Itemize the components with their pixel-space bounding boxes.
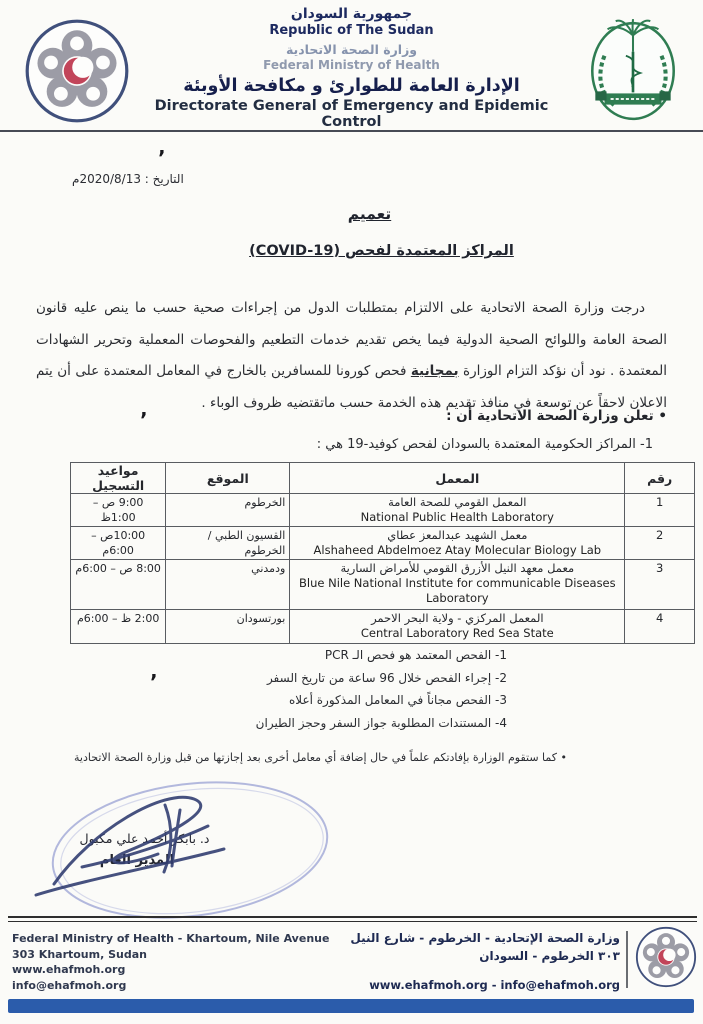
registration-times: 10:00ص – 6:00م [71, 527, 166, 560]
document-subtitle: المراكز المعتمدة لفحص (COVID-19) [0, 243, 703, 259]
lab-name-en: National Public Health Laboratory [294, 510, 620, 525]
col-header-lab: المعمل [290, 463, 625, 494]
registration-times: 8:00 ص – 6:00م [71, 560, 166, 610]
lab-location: ودمدني [166, 560, 290, 610]
footer-en-line: 303 Khartoum, Sudan [12, 947, 329, 963]
lab-name-en: Central Laboratory Red Sea State [294, 626, 620, 641]
bullet-icon: • [658, 408, 667, 424]
lab-name-en: Blue Nile National Institute for communi… [294, 576, 620, 606]
lab-cell: معمل الشهيد عبدالمعز عطاي Alshaheed Abde… [290, 527, 625, 560]
footer-website-link[interactable]: www.ehafmoh.org [12, 962, 329, 978]
directorate-name-en: Directorate General of Emergency and Epi… [125, 98, 578, 130]
list-item: 2- إجراء الفحص خلال 96 ساعة من تاريخ الس… [256, 667, 507, 690]
table-row: 3 معمل معهد النيل الأزرق القومي للأمراض … [71, 560, 695, 610]
scan-artifact-mark: ’ [158, 148, 166, 168]
col-header-times: مواعيد التسجيل [71, 463, 166, 494]
centers-list-intro: 1- المراكز الحكومية المعتمدة بالسودان لف… [317, 437, 653, 452]
ministry-name-ar: وزارة الصحة الاتحادية [125, 42, 578, 57]
table-header-row: رقم المعمل الموقع مواعيد التسجيل [71, 463, 695, 494]
footer-contact-links[interactable]: www.ehafmoh.org - info@ehafmoh.org [350, 978, 620, 992]
document-title: تعميم [0, 205, 703, 223]
red-crescent-logo [24, 18, 130, 124]
lab-name-ar: المعمل القومي للصحة العامة [294, 495, 620, 510]
row-number: 4 [625, 610, 695, 644]
footer-ar-line: ٣٠٣ الخرطوم - السودان [350, 947, 620, 965]
footer-ar-line: وزارة الصحة الإتحادية - الخرطوم - شارع ا… [350, 929, 620, 947]
footer-divider [8, 916, 697, 922]
directorate-name-ar: الإدارة العامة للطوارئ و مكافحة الأوبئة [125, 76, 578, 96]
row-number: 2 [625, 527, 695, 560]
footer-accent-bar [8, 999, 694, 1013]
conditions-list: 1- الفحص المعتمد هو فحص الـ PCR 2- إجراء… [256, 644, 507, 734]
signatory-name: د. بابكر أحمد علي مكبول [52, 831, 237, 846]
country-name-en: Republic of The Sudan [125, 23, 578, 38]
signature-and-stamp [22, 772, 362, 924]
announcement-text: تعلن وزارة الصحة الاتحادية أن : [446, 408, 654, 424]
announcement-line: • تعلن وزارة الصحة الاتحادية أن : [446, 408, 667, 424]
ministry-emblem-logo [582, 13, 684, 127]
footer-en-line: Federal Ministry of Health - Khartoum, N… [12, 931, 329, 947]
lab-name-ar: المعمل المركزي - ولاية البحر الاحمر [294, 611, 620, 626]
footer-address-en: Federal Ministry of Health - Khartoum, N… [12, 931, 329, 993]
list-item: 4- المستندات المطلوبة جواز السفر وحجز ال… [256, 712, 507, 735]
row-number: 3 [625, 560, 695, 610]
lab-cell: المعمل القومي للصحة العامة National Publ… [290, 494, 625, 527]
bullet-icon: • [561, 751, 568, 764]
table-row: 2 معمل الشهيد عبدالمعز عطاي Alshaheed Ab… [71, 527, 695, 560]
body-paragraph: درجت وزارة الصحة الاتحادية على الالتزام … [36, 293, 667, 419]
table-row: 4 المعمل المركزي - ولاية البحر الاحمر Ce… [71, 610, 695, 644]
col-header-location: الموقع [166, 463, 290, 494]
registration-times: 2:00 ظ – 6:00م [71, 610, 166, 644]
lab-name-ar: معمل معهد النيل الأزرق القومي للأمراض ال… [294, 561, 620, 576]
closing-note-text: كما ستقوم الوزارة بإفادتكم علماً في حال … [74, 751, 557, 764]
ministry-name-en: Federal Ministry of Health [125, 58, 578, 72]
lab-name-en: Alshaheed Abdelmoez Atay Molecular Biolo… [294, 543, 620, 558]
header-divider [0, 130, 703, 132]
lab-name-ar: معمل الشهيد عبدالمعز عطاي [294, 528, 620, 543]
list-item: 3- الفحص مجاناً في المعامل المذكورة أعلا… [256, 689, 507, 712]
scan-artifact-mark: ’ [150, 672, 158, 692]
footer-address-ar: وزارة الصحة الإتحادية - الخرطوم - شارع ا… [350, 929, 620, 992]
underlined-word-free: بمجانية [411, 363, 459, 379]
lab-cell: المعمل المركزي - ولاية البحر الاحمر Cent… [290, 610, 625, 644]
closing-note: • كما ستقوم الوزارة بإفادتكم علماً في حا… [74, 751, 567, 764]
registration-times: 9:00 ص – 1:00ظ [71, 494, 166, 527]
footer-red-crescent-logo [635, 926, 697, 988]
approved-centers-table: رقم المعمل الموقع مواعيد التسجيل 1 المعم… [70, 462, 695, 644]
col-header-number: رقم [625, 463, 695, 494]
lab-location: بورتسودان [166, 610, 290, 644]
date-line: التاريخ : 2020/8/13م [72, 172, 184, 186]
lab-location: الخرطوم [166, 494, 290, 527]
lab-location: القسيون الطبي /الخرطوم [166, 527, 290, 560]
lab-cell: معمل معهد النيل الأزرق القومي للأمراض ال… [290, 560, 625, 610]
row-number: 1 [625, 494, 695, 527]
letterhead: جمهورية السودان Republic of The Sudan وز… [125, 6, 578, 130]
list-item: 1- الفحص المعتمد هو فحص الـ PCR [256, 644, 507, 667]
scanned-circular-document: جمهورية السودان Republic of The Sudan وز… [0, 0, 703, 1024]
table-row: 1 المعمل القومي للصحة العامة National Pu… [71, 494, 695, 527]
footer-vertical-divider [626, 931, 628, 988]
footer-email-link[interactable]: info@ehafmoh.org [12, 978, 329, 994]
signatory-role: المدير العام [82, 853, 192, 868]
country-name-ar: جمهورية السودان [125, 6, 578, 22]
